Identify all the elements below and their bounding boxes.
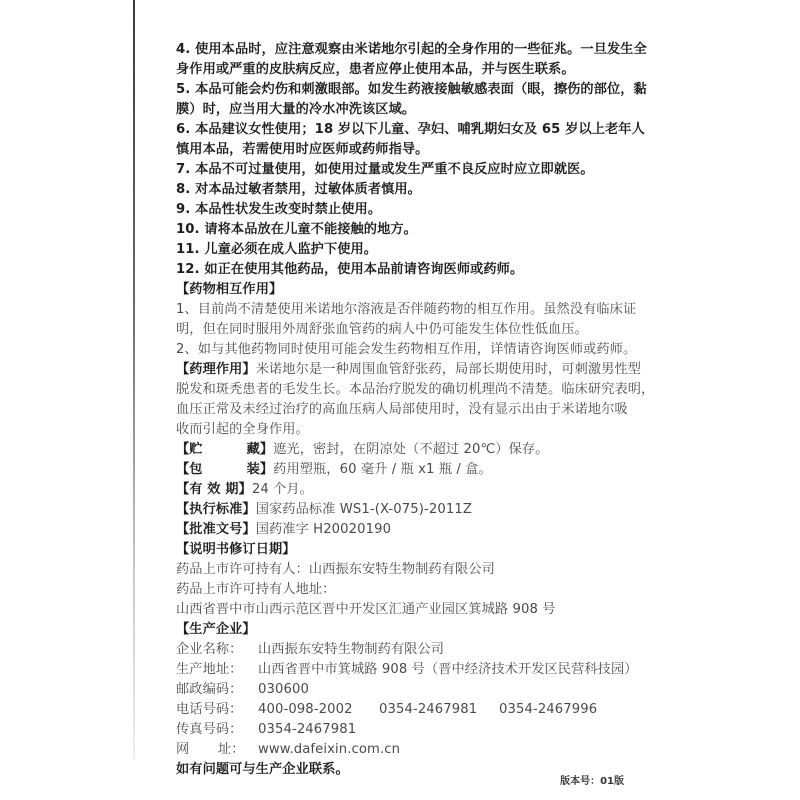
storage-label-a: 【贮 [176,442,203,457]
leaflet-page: 4. 使用本品时，应注意观察由米诺地尔引起的全身作用的一些征兆。一旦发生全 身作… [176,40,626,780]
website-row: 网址：www.dafeixin.com.cn [176,740,626,760]
storage-row: 【贮藏】遮光，密封，在阴凉处（不超过 20℃）保存。 [176,440,626,460]
pharmacology-text: 米诺地尔是一种周围血管舒张药，局部长期使用时，可刺激男性型 [256,362,641,377]
phone-key: 电话号码： [176,700,258,720]
manufacturer-address-key: 生产地址： [176,660,258,680]
precaution-line: 慎用本品，若需使用时应医师或药师指导。 [176,140,626,160]
interactions-line: 明，但在同时服用外周舒张血管药的病人中仍可能发生体位性低血压。 [176,320,626,340]
pharmacology-label: 【药理作用】 [176,362,256,377]
storage-value: 遮光，密封，在阴凉处（不超过 20℃）保存。 [273,442,548,457]
website-url: www.dafeixin.com.cn [258,742,400,757]
phone-1: 400-098-2002 [258,700,379,720]
pharmacology-line: 脱发和斑秃患者的毛发生长。本品治疗脱发的确切机理尚不清楚。临床研究表明， [176,380,626,400]
standard-value: 国家药品标准 WS1-(X-075)-2011Z [256,502,472,517]
approval-label: 【批准文号】 [176,522,256,537]
standard-label: 【执行标准】 [176,502,256,517]
holder-address-label: 药品上市许可持有人地址： [176,580,626,600]
precaution-line: 5. 本品可能会灼伤和刺激眼部。如发生药液接触敏感表面（眼，擦伤的部位，黏 [176,80,626,100]
version-number: 版本号：01版 [560,772,624,787]
storage-label-b: 藏】 [247,442,274,457]
interactions-line: 2、如与其他药物同时使用可能会发生药物相互作用，详情请咨询医师或药师。 [176,340,626,360]
manufacturer-address-row: 生产地址：山西省晋中市箕城路 908 号（晋中经济技术开发区民营科技园） [176,660,626,680]
manufacturer-heading: 【生产企业】 [176,620,626,640]
revision-heading: 【说明书修订日期】 [176,540,626,560]
postcode-row: 邮政编码：030600 [176,680,626,700]
precaution-line: 10. 请将本品放在儿童不能接触的地方。 [176,220,626,240]
validity-row: 【有 效 期】24 个月。 [176,480,626,500]
precaution-line: 9. 本品性状发生改变时禁止使用。 [176,200,626,220]
holder-address: 山西省晋中市山西示范区晋中开发区汇通产业园区箕城路 908 号 [176,600,626,620]
standard-row: 【执行标准】国家药品标准 WS1-(X-075)-2011Z [176,500,626,520]
interactions-heading: 【药物相互作用】 [176,280,626,300]
pharmacology-line: 收而引起的全身作用。 [176,420,626,440]
postcode-value: 030600 [258,682,309,697]
approval-row: 【批准文号】国药准字 H20020190 [176,520,626,540]
precaution-line: 身作用或严重的皮肤病反应，患者应停止使用本品，并与医生联系。 [176,60,626,80]
manufacturer-name-key: 企业名称： [176,640,258,660]
website-key-b: 址： [218,740,258,760]
precaution-line: 7. 本品不可过量使用，如使用过量或发生严重不良反应时应立即就医。 [176,160,626,180]
approval-value: 国药准字 H20020190 [256,522,391,537]
precaution-line: 6. 本品建议女性使用；18 岁以下儿童、孕妇、哺乳期妇女及 65 岁以上老年人 [176,120,626,140]
interactions-line: 1、目前尚不清楚使用米诺地尔溶液是否伴随药物的相互作用。虽然没有临床证 [176,300,626,320]
holder-name: 药品上市许可持有人：山西振东安特生物制药有限公司 [176,560,626,580]
website-key-a: 网 [176,740,218,760]
precaution-line: 12. 如正在使用其他药品，使用本品前请咨询医师或药师。 [176,260,626,280]
package-label-b: 装】 [247,462,274,477]
phone-row: 电话号码：400-098-20020354-24679810354-246799… [176,700,626,720]
validity-value: 24 个月。 [252,482,313,497]
fax-value: 0354-2467981 [258,722,356,737]
manufacturer-address: 山西省晋中市箕城路 908 号（晋中经济技术开发区民营科技园） [258,662,638,677]
manufacturer-name-row: 企业名称：山西振东安特生物制药有限公司 [176,640,626,660]
package-row: 【包装】药用塑瓶，60 毫升 / 瓶 x1 瓶 / 盒。 [176,460,626,480]
fax-key: 传真号码： [176,720,258,740]
package-label-a: 【包 [176,462,203,477]
precaution-line: 8. 对本品过敏者禁用，过敏体质者慎用。 [176,180,626,200]
pharmacology-row: 【药理作用】米诺地尔是一种周围血管舒张药，局部长期使用时，可刺激男性型 [176,360,626,380]
precaution-line: 11. 儿童必须在成人监护下使用。 [176,240,626,260]
manufacturer-name: 山西振东安特生物制药有限公司 [258,642,444,657]
validity-label: 【有 效 期】 [176,482,252,497]
phone-3: 0354-2467996 [499,702,597,717]
phone-2: 0354-2467981 [379,700,499,720]
precaution-line: 膜）时，应当用大量的冷水冲洗该区域。 [176,100,626,120]
pharmacology-line: 血压正常及未经过治疗的高血压病人局部使用时，没有显示出由于米诺地尔吸 [176,400,626,420]
fax-row: 传真号码：0354-2467981 [176,720,626,740]
precaution-line: 4. 使用本品时，应注意观察由米诺地尔引起的全身作用的一些征兆。一旦发生全 [176,40,626,60]
left-margin-rule [133,0,135,760]
package-value: 药用塑瓶，60 毫升 / 瓶 x1 瓶 / 盒。 [273,462,492,477]
contact-note: 如有问题可与生产企业联系。 [176,760,626,780]
postcode-key: 邮政编码： [176,680,258,700]
